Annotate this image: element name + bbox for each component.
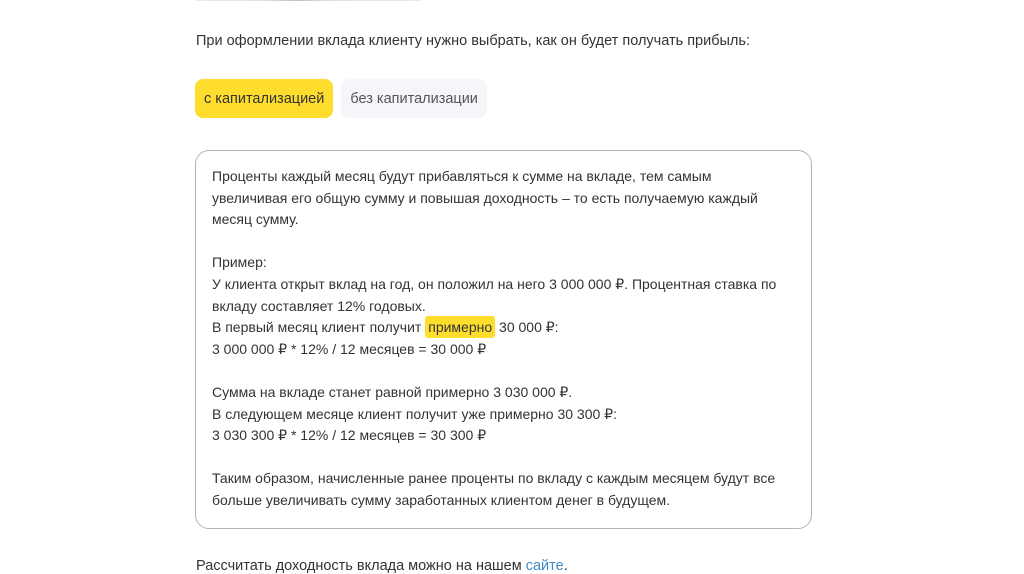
footer-text: Рассчитать доходность вклада можно на на… — [196, 558, 568, 574]
first-month-prefix: В первый месяц клиент получит — [212, 319, 421, 335]
with-capitalization-button[interactable]: с капитализацией — [195, 79, 333, 118]
explanation-card: Проценты каждый месяц будут прибавляться… — [195, 150, 812, 529]
without-capitalization-button[interactable]: без капитализации — [341, 79, 487, 118]
example-line: У клиента открыт вклад на год, он положи… — [212, 274, 795, 296]
description-line: Проценты каждый месяц будут прибавляться… — [212, 166, 795, 188]
description-line: месяц сумму. — [212, 209, 795, 231]
page: При оформлении вклада клиенту нужно выбр… — [0, 0, 1024, 574]
heading-remnant — [196, 0, 421, 1]
footer-suffix: . — [564, 558, 568, 574]
site-link[interactable]: сайте — [526, 558, 564, 574]
section-heading-cut-off — [196, 0, 426, 4]
example-line: вкладу составляет 12% годовых. — [212, 296, 795, 318]
first-month-suffix: 30 000 ₽: — [499, 319, 559, 335]
first-month-line: В первый месяц клиент получит примерно 3… — [212, 317, 795, 339]
description-line: увеличивая его общую сумму и повышая дох… — [212, 188, 795, 210]
second-line: В следующем месяце клиент получит уже пр… — [212, 404, 795, 426]
example-title: Пример: — [212, 252, 795, 274]
intro-text: При оформлении вклада клиенту нужно выбр… — [196, 33, 750, 49]
conclusion-line: больше увеличивать сумму заработанных кл… — [212, 490, 795, 512]
first-formula: 3 000 000 ₽ * 12% / 12 месяцев = 30 000 … — [212, 339, 795, 361]
capitalization-toggle-group: с капитализацией без капитализации — [195, 79, 487, 118]
second-formula: 3 030 300 ₽ * 12% / 12 месяцев = 30 300 … — [212, 425, 795, 447]
footer-prefix: Рассчитать доходность вклада можно на на… — [196, 558, 522, 574]
approx-highlight: примерно — [425, 316, 495, 338]
second-line: Сумма на вкладе станет равной примерно 3… — [212, 382, 795, 404]
conclusion-line: Таким образом, начисленные ранее процент… — [212, 468, 795, 490]
